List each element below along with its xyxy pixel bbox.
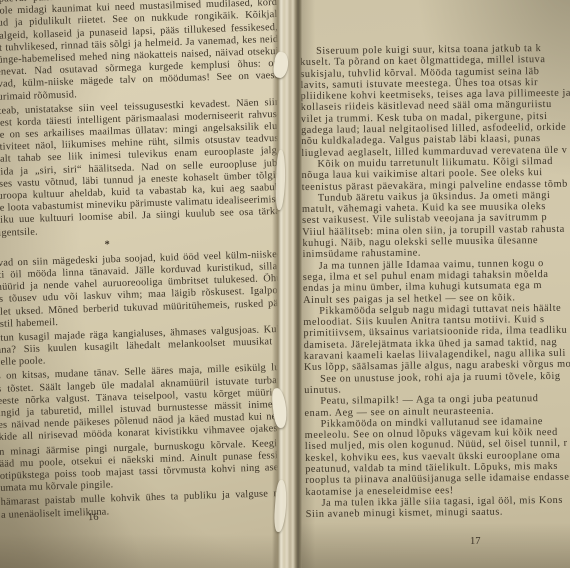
left-page: el päeval paiskub muhameedlaste kivikong… xyxy=(0,0,288,568)
right-page: Siseruum pole kuigi suur, kitsa toana ja… xyxy=(296,0,570,568)
torn-page-edge xyxy=(273,480,288,533)
right-page-text: Siseruum pole kuigi suur, kitsa toana ja… xyxy=(300,42,570,520)
page-number-right: 17 xyxy=(470,536,481,547)
left-page-text: el päeval paiskub muhameedlaste kivikong… xyxy=(0,0,288,522)
text-line: Siin avaneb minugi kismet, minugi saatus… xyxy=(306,505,570,520)
torn-page-edge xyxy=(275,150,286,210)
torn-page-edge xyxy=(271,387,288,428)
page-number-left: 16 xyxy=(88,512,99,523)
book-photo: el päeval paiskub muhameedlaste kivikong… xyxy=(0,0,570,568)
torn-page-edge xyxy=(272,51,289,79)
page-gutter xyxy=(272,0,302,568)
